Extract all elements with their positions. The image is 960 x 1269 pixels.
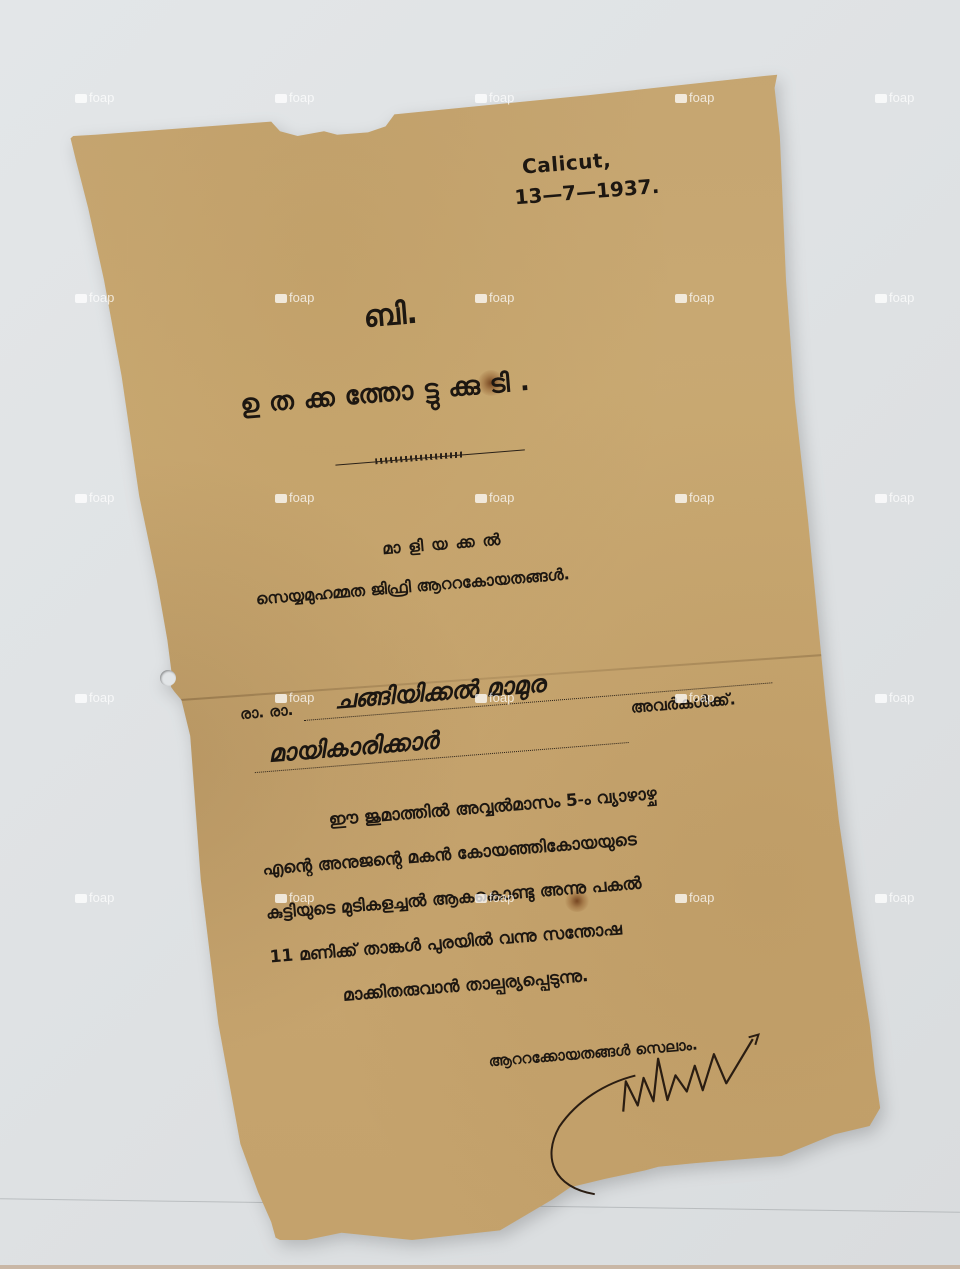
addressee-handwritten-2: മായികാരിക്കാർ: [267, 725, 439, 768]
decorative-rule: [335, 449, 525, 471]
body-line-2: എന്റെ അനുജന്റെ മകൻ കോയഞ്ഞികോയയുടെ: [262, 830, 638, 880]
sender-name: സെയ്യമുഹമ്മത ജിഫ്രി ആററകോയതങ്ങൾ.: [255, 564, 570, 609]
addressee-suffix: അവർകൾക്ക്.: [630, 689, 736, 717]
body-line-3: കുട്ടിയുടെ മുടികളച്ചൽ ആകകൊണ്ടു അന്നു പകൽ: [265, 873, 642, 923]
body-line-4: 11 മണിക്ക് താങ്കൾ പുരയിൽ വന്നു സന്തോഷ: [269, 919, 623, 967]
document-subtitle: ഉതക്കത്തോട്ടുക്കുടി.: [239, 366, 541, 421]
place-text: Calicut,: [521, 148, 612, 179]
signature: [523, 1025, 835, 1209]
document-content: Calicut, 13—7—1937. ബി. ഉതക്കത്തോട്ടുക്ക…: [13, 7, 960, 1269]
body-line-1: ഈ ജുമാത്തിൽ അവ്വൽമാസം 5-ം വ്യാഴാഴ്ച: [328, 784, 657, 830]
house-name: മാളിയക്കൽ: [382, 529, 510, 559]
salutation-prefix: രാ. രാ.: [239, 701, 294, 723]
document-title: ബി.: [362, 296, 419, 335]
body-line-5: മാക്കിതരുവാൻ താല്പര്യപ്പെടുന്നു.: [342, 966, 589, 1006]
date-text: 13—7—1937.: [514, 174, 660, 210]
addressee-handwritten-1: ചങ്ങിയിക്കൽ മാമുര: [333, 669, 546, 715]
document-paper: Calicut, 13—7—1937. ബി. ഉതക്കത്തോട്ടുക്ക…: [60, 40, 940, 1240]
